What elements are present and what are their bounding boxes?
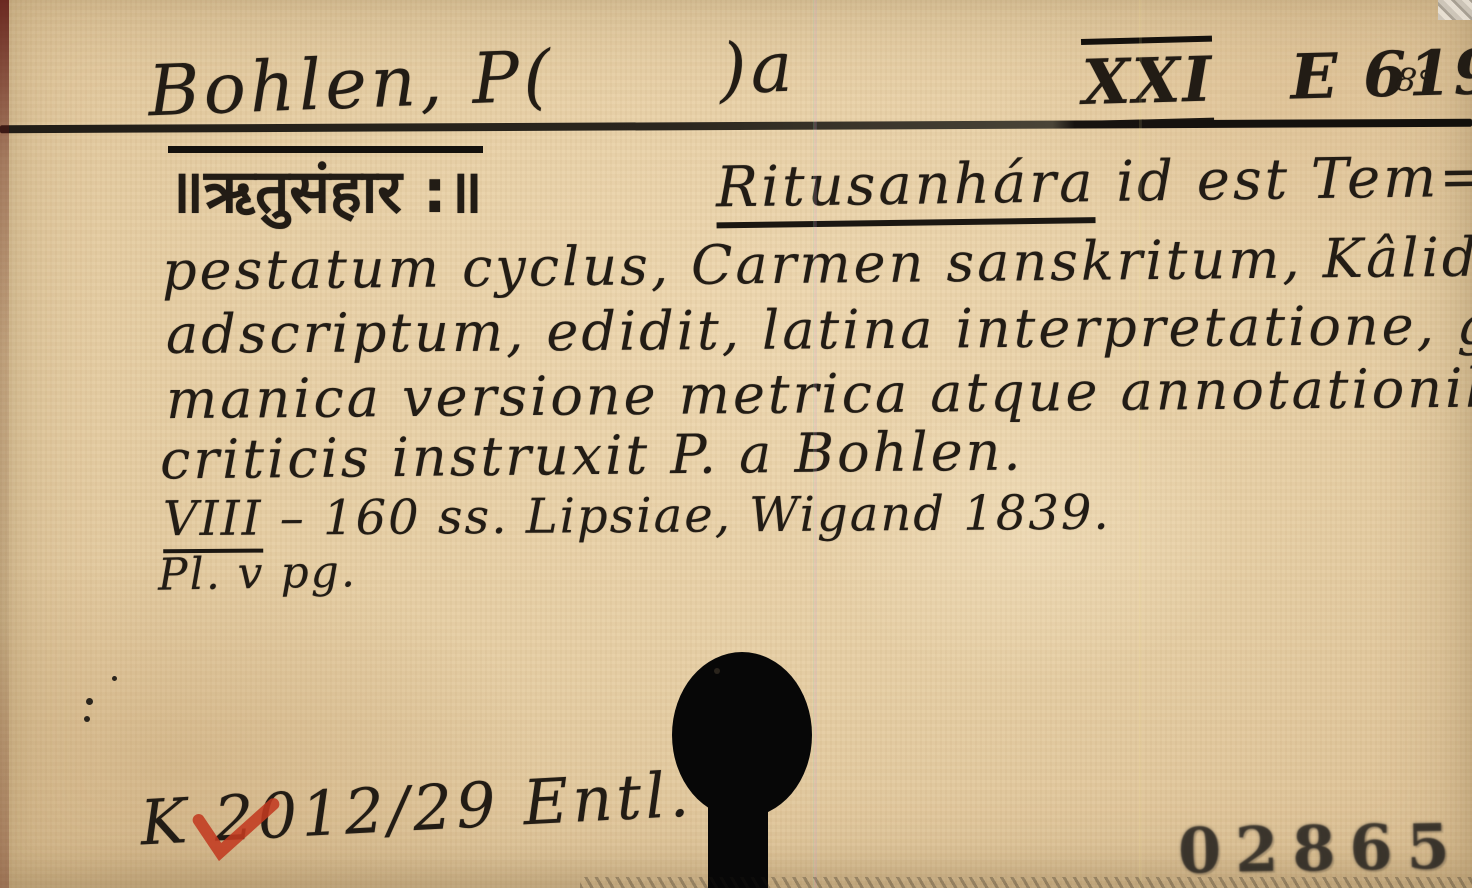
bottom-edge-hatching xyxy=(580,877,1472,888)
ink-speck xyxy=(714,668,720,674)
collation-pages-roman: VIII xyxy=(163,491,263,554)
shelfmark-space xyxy=(1237,99,1267,100)
ink-speck xyxy=(86,698,93,705)
scan-artifact-vertical-line xyxy=(813,0,817,888)
ink-speck xyxy=(84,716,90,722)
ink-speck xyxy=(112,676,117,681)
author-gap xyxy=(555,93,720,99)
title-line-4: manica versione metrica atque annotation… xyxy=(166,356,1472,431)
author-name: Bohlen, P( xyxy=(147,35,556,133)
hole-punch xyxy=(672,652,812,818)
title-main-word: Ritusanhára xyxy=(716,150,1096,228)
hole-punch-slot xyxy=(708,800,768,888)
accession-stamp-number: 02865 xyxy=(1177,810,1464,888)
collation-line: VIII – 160 ss. Lipsiae, Wigand 1839. xyxy=(163,485,1111,548)
scan-edge-left xyxy=(0,0,9,888)
author-suffix: )a xyxy=(718,26,798,111)
devanagari-title: ॥ऋतुसंहार :॥ xyxy=(168,148,483,230)
scan-artifact-warm-line xyxy=(1139,0,1142,888)
title-line1-rest: id est Tem= xyxy=(1095,145,1472,215)
title-line-3: adscriptum, edidit, latina interpretatio… xyxy=(166,293,1472,366)
catalog-card: Bohlen, P()a XXI E 6193 8° ॥ऋतुसंहार :॥ … xyxy=(0,0,1472,888)
devanagari-text: ॥ऋतुसंहार :॥ xyxy=(168,146,483,227)
format-mark: 8° xyxy=(1394,60,1435,103)
collation-rest: – 160 ss. Lipsiae, Wigand 1839. xyxy=(262,485,1111,547)
title-line-1: Ritusanhára id est Tem= xyxy=(716,145,1472,221)
red-checkmark-icon xyxy=(189,797,287,864)
author-heading: Bohlen, P()a xyxy=(147,26,798,133)
collation-note: Pl. v pg. xyxy=(158,546,358,600)
scan-corner-artifact xyxy=(1438,0,1472,20)
title-line-5: criticis instruxit P. a Bohlen. xyxy=(160,419,1024,491)
shelfmark-series: XXI xyxy=(1081,36,1214,126)
shelfmark-number: E 6193 xyxy=(1289,34,1472,114)
